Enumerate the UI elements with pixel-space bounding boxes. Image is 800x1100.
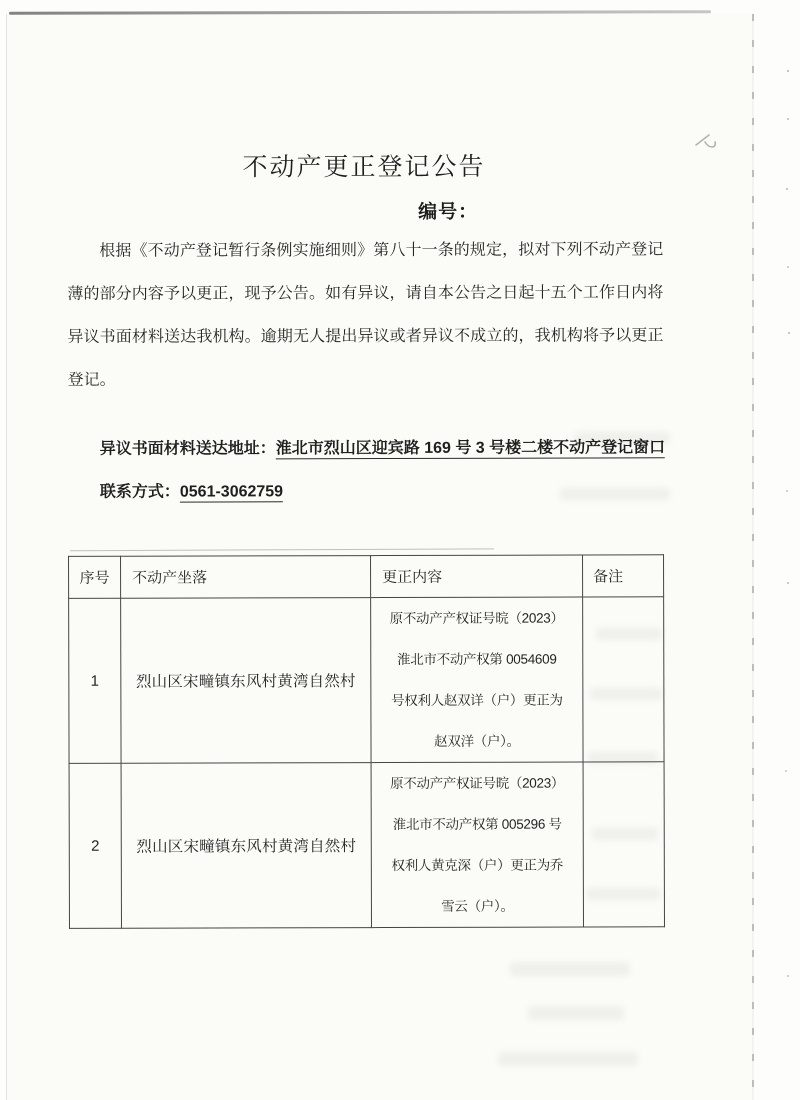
scan-double-line-artifact [70,548,494,551]
table-row: 1 烈山区宋疃镇东风村黄湾自然村 原不动产产权证号晥（2023） 淮北市不动产权… [69,597,664,764]
delivery-notice-block: 异议书面材料送达地址：淮北市烈山区迎宾路 169 号 3 号楼二楼不动产登记窗口… [68,426,688,514]
delivery-address-value: 淮北市烈山区迎宾路 169 号 3 号楼二楼不动产登记窗口 [276,439,665,459]
header-remark: 备注 [583,555,664,597]
contact-label: 联系方式： [100,484,180,501]
paragraph-line: 薄的部分内容予以更正，现予公告。如有异议，请自本公告之日起十五个工作日内将 [67,271,663,316]
delivery-address-line: 异议书面材料送达地址：淮北市烈山区迎宾路 169 号 3 号楼二楼不动产登记窗口 [68,426,688,471]
correction-line: 号权利人赵双详（户）更正为 [371,680,582,722]
row-remark [583,597,664,762]
row-location: 烈山区宋疃镇东风村黄湾自然村 [121,598,371,764]
row-location: 烈山区宋疃镇东风村黄湾自然村 [121,763,371,929]
row-correction: 原不动产产权证号晥（2023） 淮北市不动产权第 005296 号 权利人黄克深… [371,762,583,928]
table-header-row: 序号 不动产坐落 更正内容 备注 [69,555,664,599]
row-remark [583,762,664,927]
correction-line: 淮北市不动产权第 0054609 [371,639,582,681]
header-seq: 序号 [69,556,121,598]
delivery-address-label: 异议书面材料送达地址： [100,440,276,457]
row-seq: 2 [69,763,121,928]
correction-table: 序号 不动产坐落 更正内容 备注 1 烈山区宋疃镇东风村黄湾自然村 原不动产产权… [68,554,665,929]
scanned-page: 不动产更正登记公告 编号： 根据《不动产登记暂行条例实施细则》第八十一条的规定，… [0,0,800,1100]
header-correction: 更正内容 [371,555,583,598]
header-location: 不动产坐落 [121,556,371,599]
document-number-label: 编号： [418,197,478,224]
correction-line: 赵双洋（户）。 [371,721,582,763]
table-row: 2 烈山区宋疃镇东风村黄湾自然村 原不动产产权证号晥（2023） 淮北市不动产权… [69,762,664,929]
paragraph-line: 登记。 [67,357,663,402]
body-paragraph: 根据《不动产登记暂行条例实施细则》第八十一条的规定，拟对下列不动产登记 薄的部分… [67,228,663,402]
document-content: 不动产更正登记公告 编号： 根据《不动产登记暂行条例实施细则》第八十一条的规定，… [0,0,800,1100]
page-title: 不动产更正登记公告 [0,146,729,184]
correction-line: 雪云（户）。 [372,886,583,928]
contact-value: 0561-3062759 [180,483,283,502]
row-seq: 1 [69,598,121,763]
correction-line: 原不动产产权证号晥（2023） [372,763,583,805]
paragraph-line: 异议书面材料送达我机构。逾期无人提出异议或者异议不成立的，我机构将予以更正 [67,314,663,359]
row-correction: 原不动产产权证号晥（2023） 淮北市不动产权第 0054609 号权利人赵双详… [371,597,583,763]
correction-line: 原不动产产权证号晥（2023） [371,598,582,640]
correction-line: 权利人黄克深（户）更正为乔 [372,845,583,887]
correction-line: 淮北市不动产权第 005296 号 [372,804,583,846]
contact-line: 联系方式：0561-3062759 [68,469,688,514]
paragraph-line: 根据《不动产登记暂行条例实施细则》第八十一条的规定，拟对下列不动产登记 [67,228,663,273]
